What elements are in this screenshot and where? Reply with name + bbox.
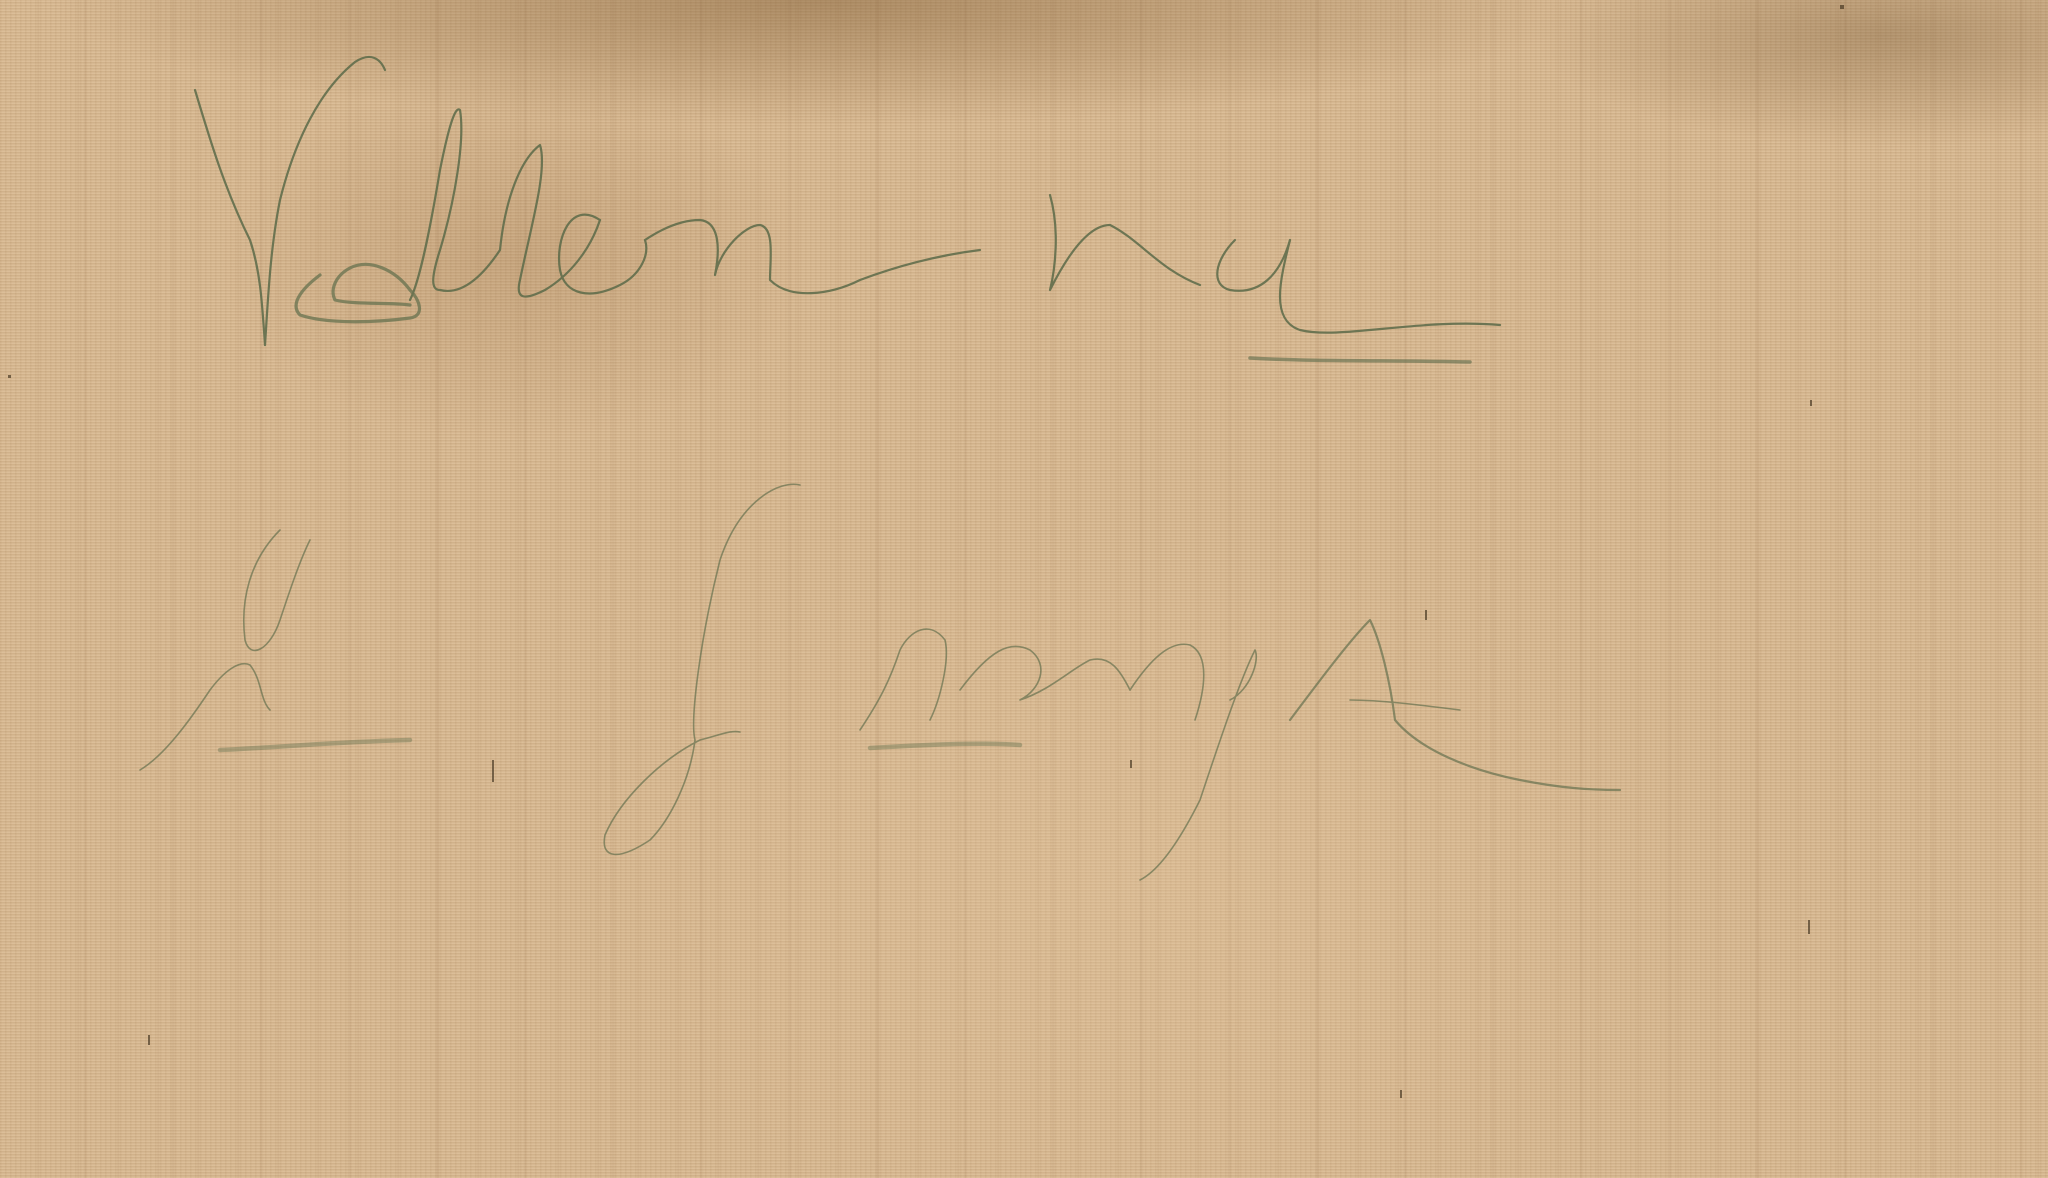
canvas-specks xyxy=(8,5,1844,1098)
linen-canvas-back: Valdemar (illegible signature) xyxy=(0,0,2048,1178)
inscription-line-2 xyxy=(140,484,1620,880)
inscription-line-1 xyxy=(195,57,1500,362)
pencil-inscription xyxy=(0,0,2048,1178)
